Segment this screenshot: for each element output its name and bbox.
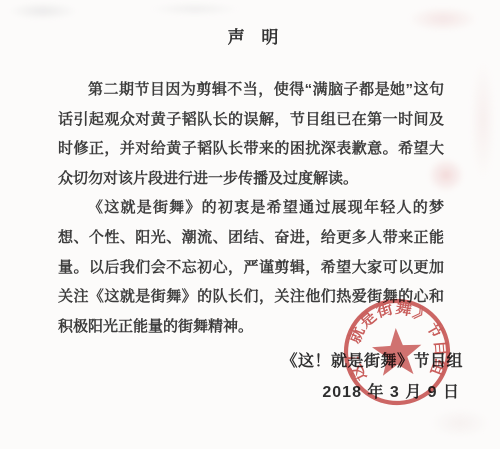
paper-smudge <box>470 60 496 180</box>
paper-smudge <box>8 2 78 20</box>
document-title: 声 明 <box>9 23 500 48</box>
statement-document: 声 明 第二期节目因为剪辑不当，使得“满脑子都是她”这句话引起观众对黄子韬队长的… <box>0 0 500 449</box>
star-icon <box>371 327 423 377</box>
paragraph-1: 第二期节目因为剪辑不当，使得“满脑子都是她”这句话引起观众对黄子韬队长的误解，节… <box>58 75 444 193</box>
paper-smudge <box>150 2 240 16</box>
official-seal-stamp: 这！就是街舞》节目组 <box>334 289 460 415</box>
paper-smudge <box>430 408 490 438</box>
